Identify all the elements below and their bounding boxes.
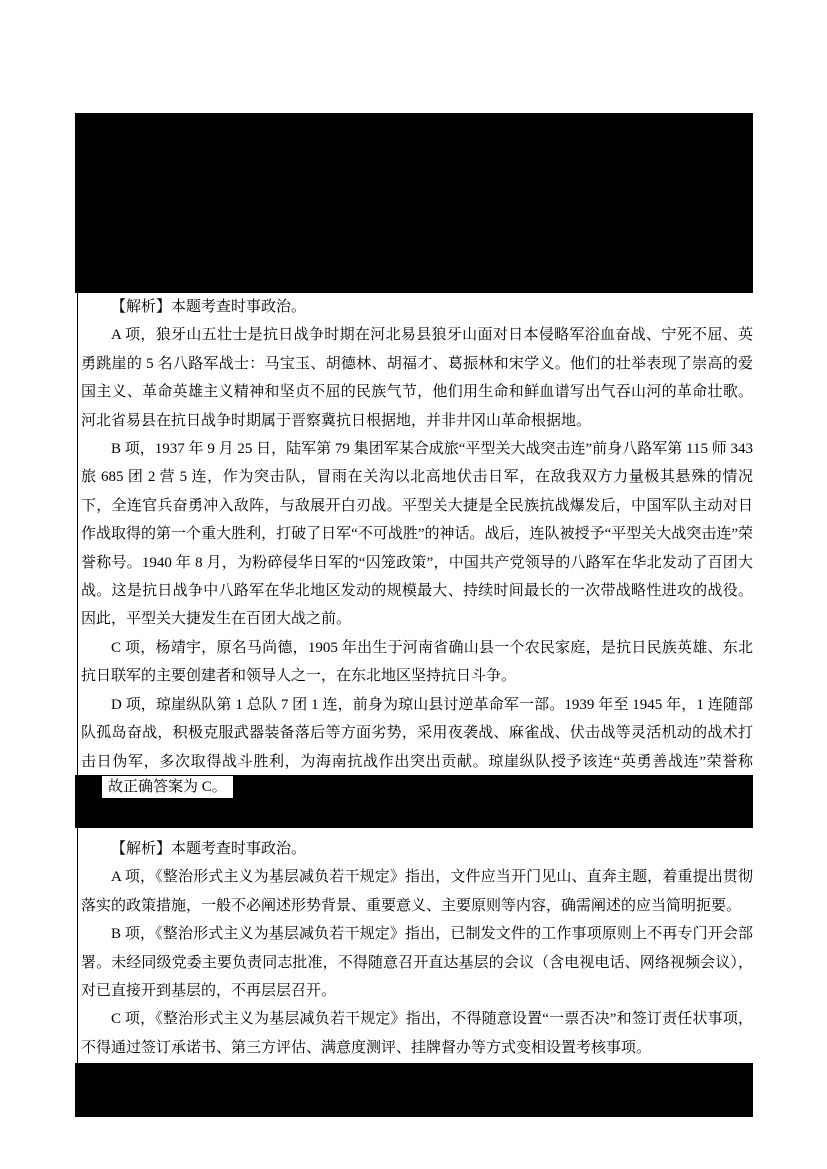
explanation-section-2: 【解析】本题考查时事政治。 A 项，《整治形式主义为基层减负若干规定》指出，文件… (77, 828, 753, 1063)
option-b-analysis-2: B 项，《整治形式主义为基层减负若干规定》指出，已制发文件的工作事项原则上不再专… (81, 920, 753, 1005)
option-a-analysis-2: A 项，《整治形式主义为基层减负若干规定》指出，文件应当开门见山、直奔主题，着重… (81, 863, 753, 920)
option-c-analysis: C 项，杨靖宇，原名马尚德，1905 年出生于河南省确山县一个农民家庭，是抗日民… (81, 634, 753, 691)
redaction-block-top (75, 113, 753, 293)
explanation-heading-2: 【解析】本题考查时事政治。 (81, 835, 753, 863)
option-c-analysis-2: C 项，《整治形式主义为基层减负若干规定》指出，不得随意设置“一票否决”和签订责… (81, 1005, 753, 1062)
option-a-analysis: A 项，狼牙山五壮士是抗日战争时期在河北易县狼牙山面对日本侵略军浴血奋战、宁死不… (81, 321, 753, 435)
correct-answer-label: 故正确答案为 C。 (102, 776, 233, 798)
redaction-block-middle: 故正确答案为 C。 (75, 775, 753, 828)
redaction-block-bottom (75, 1063, 753, 1117)
option-b-analysis: B 项，1937 年 9 月 25 日，陆军第 79 集团军某合成旅“平型关大战… (81, 435, 753, 634)
document-page: 【解析】本题考查时事政治。 A 项，狼牙山五壮士是抗日战争时期在河北易县狼牙山面… (0, 0, 827, 1169)
explanation-heading: 【解析】本题考查时事政治。 (81, 293, 753, 321)
explanation-section-1: 【解析】本题考查时事政治。 A 项，狼牙山五壮士是抗日战争时期在河北易县狼牙山面… (77, 293, 753, 776)
